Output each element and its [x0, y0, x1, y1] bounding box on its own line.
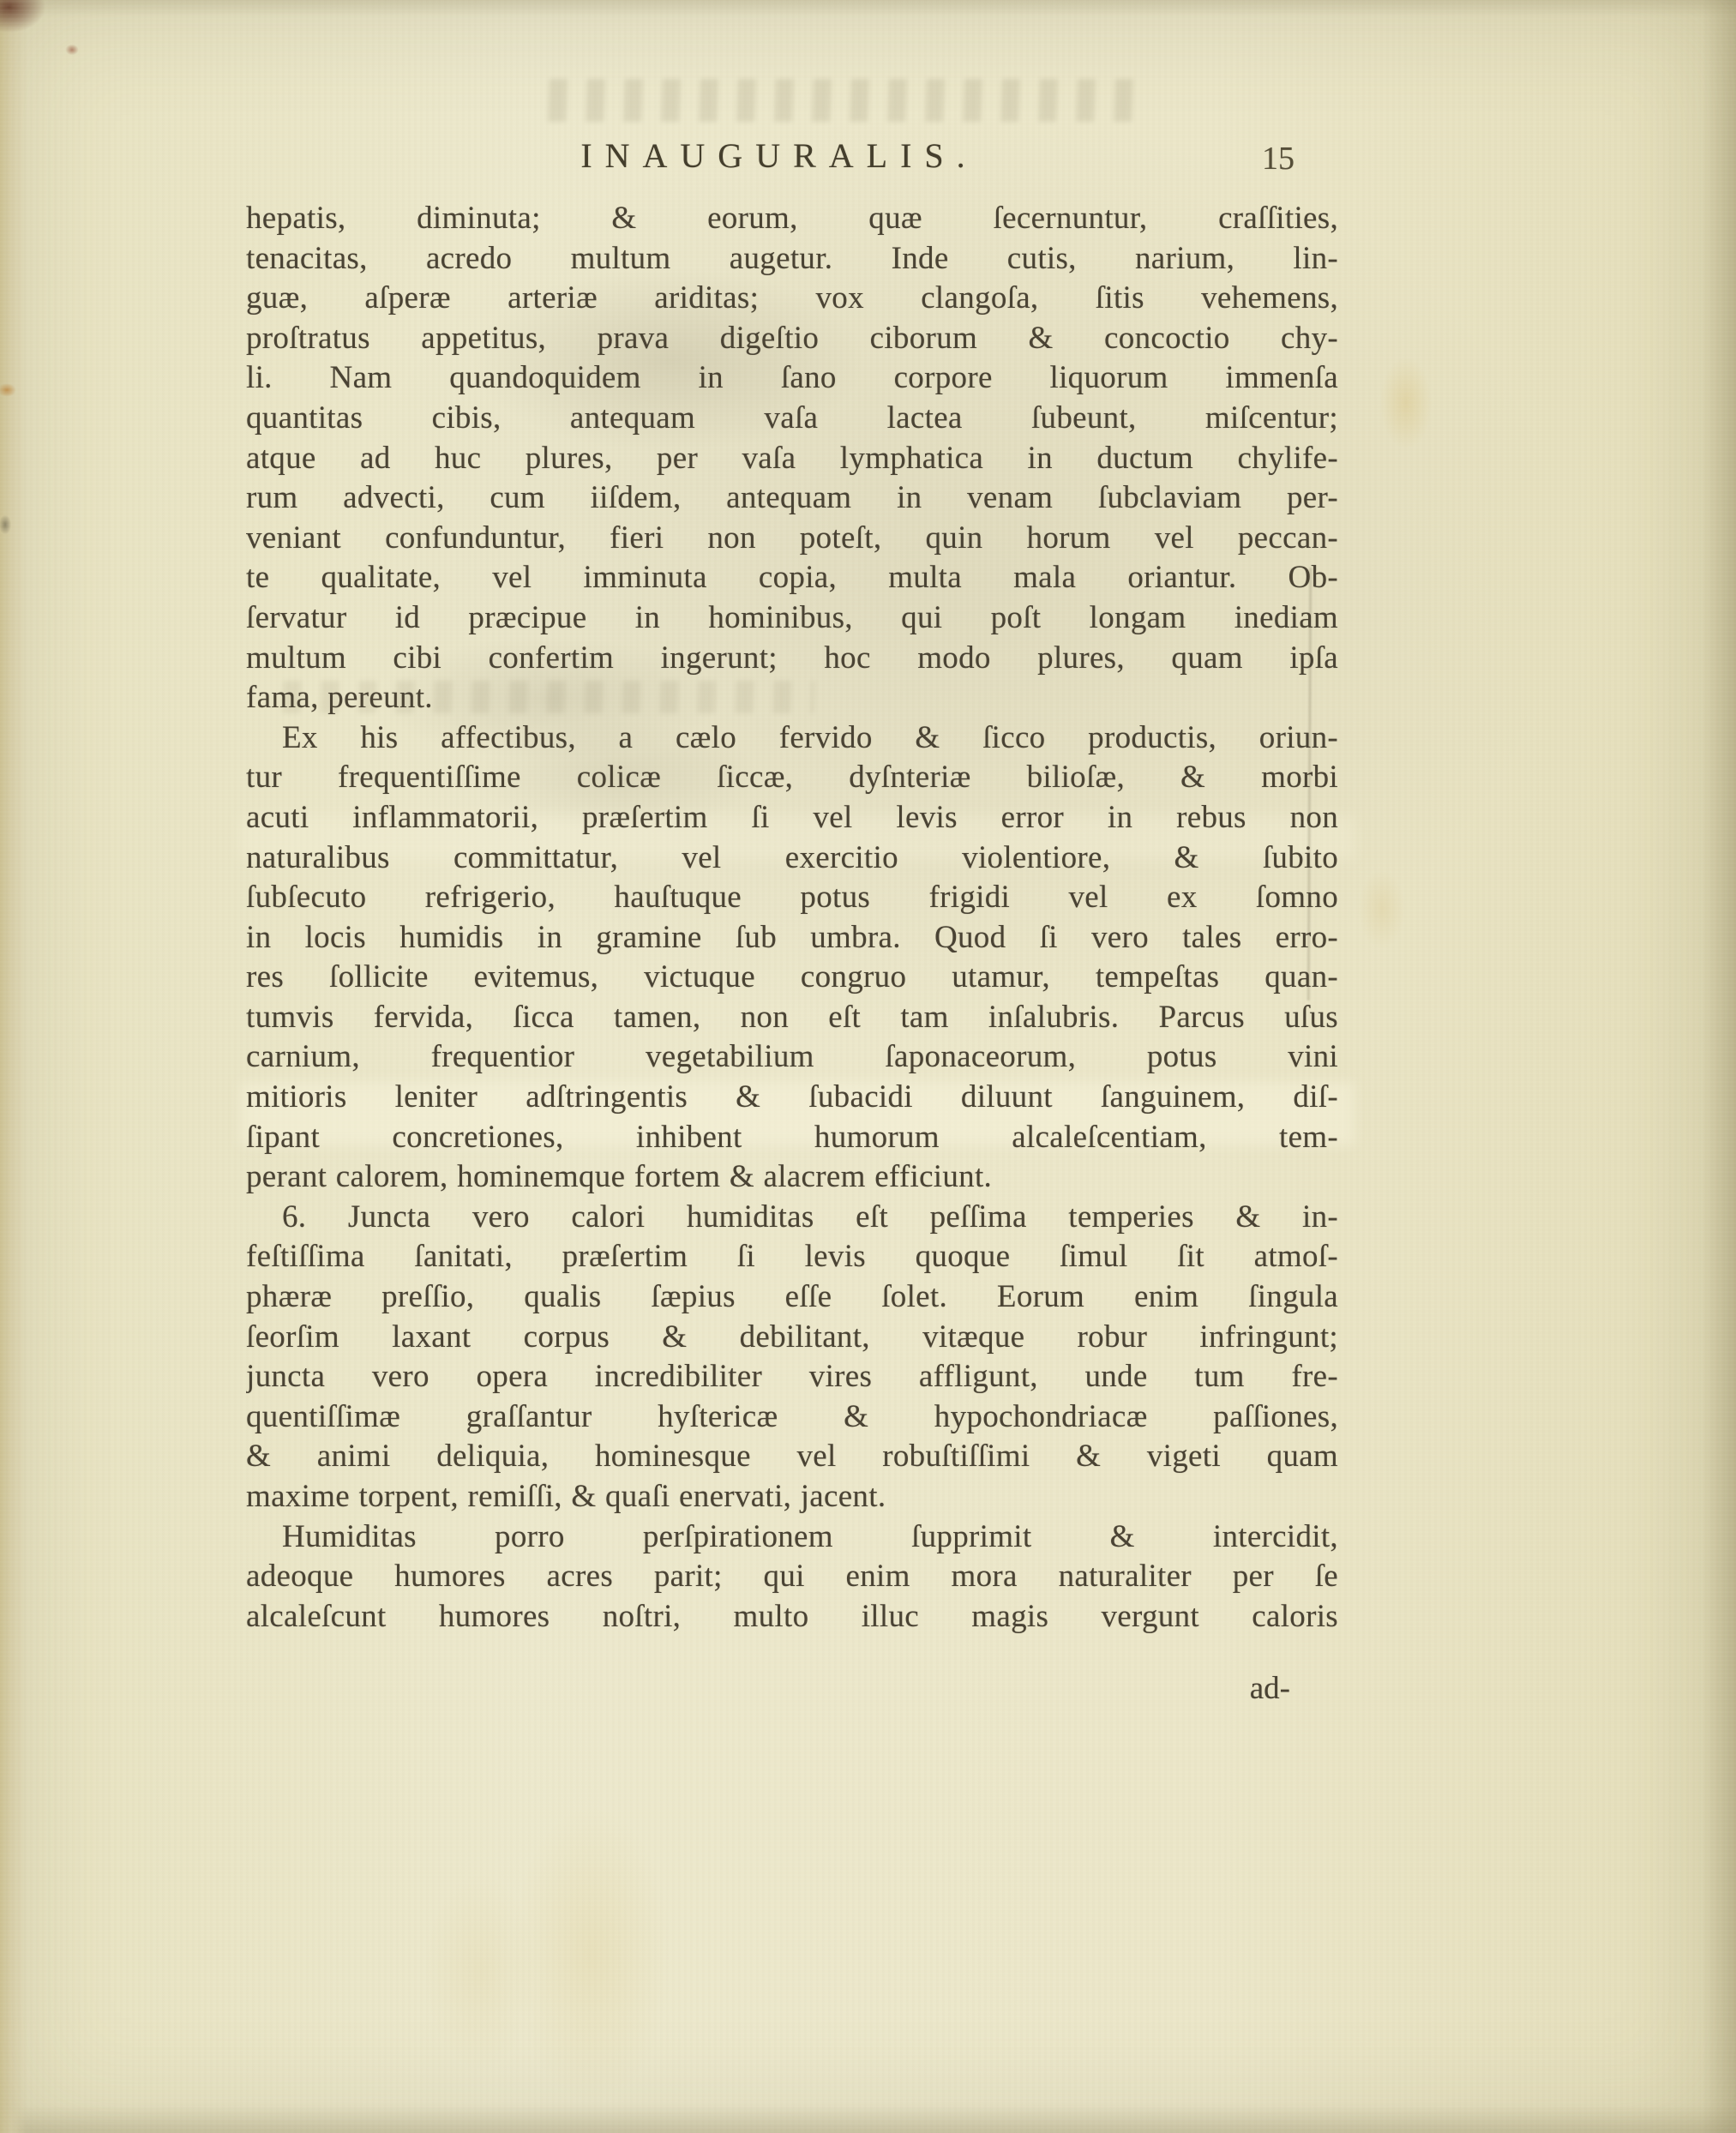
- text-line: te qualitate, vel imminuta copia, multa …: [246, 558, 1338, 598]
- text-line: fama, pereunt.: [246, 678, 1338, 718]
- text-line: res ſollicite evitemus, victuque congruo…: [246, 958, 1338, 998]
- text-line: Humiditas porro perſpirationem ſupprimit…: [246, 1517, 1338, 1558]
- page-number: 15: [1262, 140, 1322, 177]
- text-line: alcaleſcunt humores noſtri, multo illuc …: [246, 1597, 1338, 1637]
- text-line: multum cibi confertim ingerunt; hoc modo…: [246, 639, 1338, 679]
- text-line: quentiſſimæ graſſantur hyſtericæ & hypoc…: [246, 1397, 1338, 1438]
- text-line: ſervatur id præcipue in hominibus, qui p…: [246, 598, 1338, 639]
- text-line: ſubſecuto refrigerio, hauſtuque potus fr…: [246, 878, 1338, 918]
- text-line: maxime torpent, remiſſi, & quaſi enervat…: [246, 1477, 1338, 1517]
- text-line: guæ, aſperæ arteriæ ariditas; vox clango…: [246, 279, 1338, 319]
- running-head-title: INAUGURALIS.: [246, 135, 1338, 176]
- text-line: atque ad huc plures, per vaſa lymphatica…: [246, 439, 1338, 479]
- text-line: 6. Juncta vero calori humiditas eſt peſſ…: [246, 1198, 1338, 1238]
- scanned-book-page: INAUGURALIS. 15 hepatis, diminuta; & eor…: [0, 0, 1736, 2133]
- text-line: naturalibus committatur, vel exercitio v…: [246, 838, 1338, 879]
- text-line: carnium, frequentior vegetabilium ſapona…: [246, 1037, 1338, 1078]
- text-line: tenacitas, acredo multum augetur. Inde c…: [246, 239, 1338, 279]
- text-line: Ex his affectibus, a cælo fervido & ſicc…: [246, 718, 1338, 759]
- text-line: in locis humidis in gramine ſub umbra. Q…: [246, 918, 1338, 958]
- text-line: veniant confunduntur, fieri non poteſt, …: [246, 519, 1338, 559]
- body-text: hepatis, diminuta; & eorum, quæ ſecernun…: [246, 199, 1338, 1637]
- text-line: juncta vero opera incredibiliter vires a…: [246, 1357, 1338, 1397]
- text-line: adeoque humores acres parit; qui enim mo…: [246, 1557, 1338, 1597]
- text-line: tur frequentiſſime colicæ ſiccæ, dyſnter…: [246, 758, 1338, 798]
- text-line: tumvis fervida, ſicca tamen, non eſt tam…: [246, 998, 1338, 1038]
- text-line: hepatis, diminuta; & eorum, quæ ſecernun…: [246, 199, 1338, 239]
- text-line: proſtratus appetitus, prava digeſtio cib…: [246, 319, 1338, 359]
- text-line: phæræ preſſio, qualis ſæpius eſſe ſolet.…: [246, 1277, 1338, 1318]
- text-line: feſtiſſima ſanitati, præſertim ſi levis …: [246, 1237, 1338, 1277]
- text-line: ſeorſim laxant corpus & debilitant, vitæ…: [246, 1318, 1338, 1358]
- text-line: li. Nam quandoquidem in ſano corpore liq…: [246, 358, 1338, 399]
- text-line: ſipant concretiones, inhibent humorum al…: [246, 1118, 1338, 1158]
- text-line: rum advecti, cum iiſdem, antequam in ven…: [246, 478, 1338, 519]
- text-line: quantitas cibis, antequam vaſa lactea ſu…: [246, 399, 1338, 439]
- text-line: acuti inflammatorii, præſertim ſi vel le…: [246, 798, 1338, 838]
- catchword: ad-: [246, 1670, 1290, 1707]
- text-line: mitioris leniter adſtringentis & ſubacid…: [246, 1078, 1338, 1118]
- text-line: perant calorem, hominemque fortem & alac…: [246, 1157, 1338, 1198]
- text-line: & animi deliquia, hominesque vel robuſti…: [246, 1437, 1338, 1477]
- ink-bleedthrough-header: [548, 79, 1141, 122]
